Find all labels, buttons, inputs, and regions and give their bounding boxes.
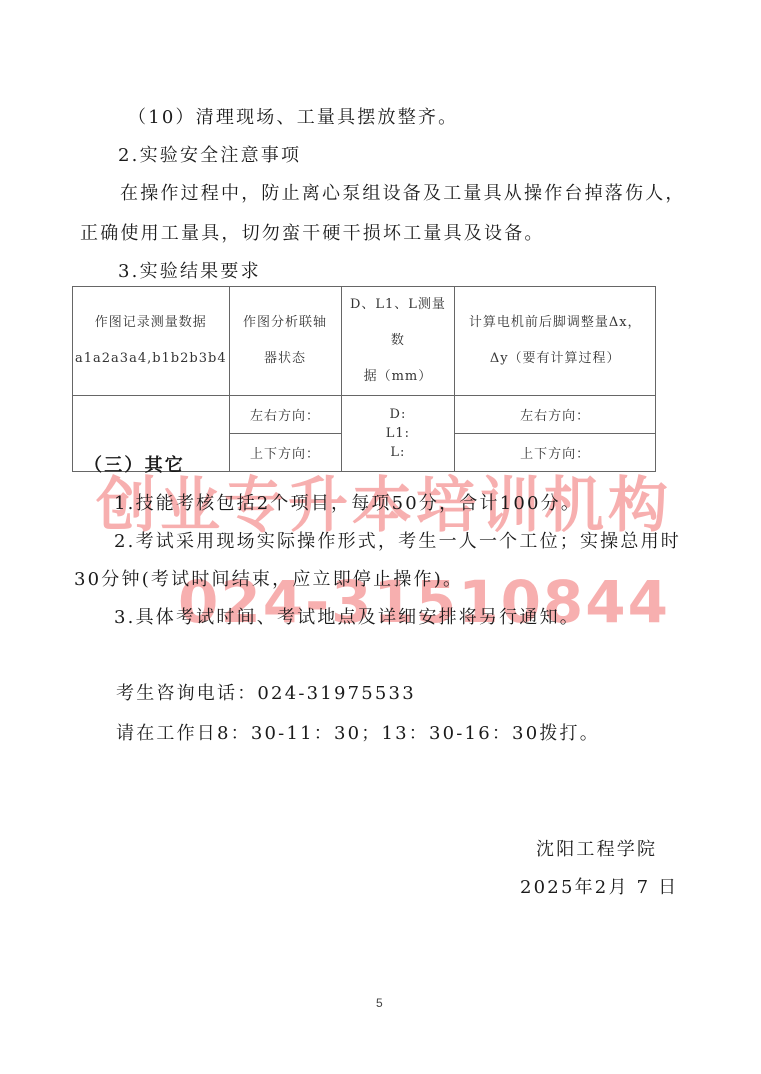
- contact-hours: 请在工作日8：30-11：30；13：30-16：30拨打。: [116, 722, 600, 746]
- cell-measure-values: D:L1:L:: [341, 396, 455, 472]
- cell-horizontal-status: 左右方向：: [229, 396, 341, 434]
- section-other-title: （三）其它: [84, 454, 185, 478]
- section-2-para-line2: 正确使用工量具，切勿蛮干硬干损坏工量具及设备。: [80, 222, 545, 246]
- section-2-para-line1: 在操作过程中，防止离心泵组设备及工量具从操作台掉落伤人，: [120, 182, 686, 206]
- results-table: 作图记录测量数据a1a2a3a4,b1b2b3b4 作图分析联轴器状态 D、L1…: [72, 286, 656, 472]
- document-date: 2025年2月 7 日: [520, 876, 678, 900]
- page-number: 5: [376, 996, 383, 1010]
- header-cell-data: 作图记录测量数据a1a2a3a4,b1b2b3b4: [73, 287, 230, 396]
- other-item-2-line2: 30分钟(考试时间结束，应立即停止操作)。: [74, 568, 463, 592]
- cell-horizontal-adjust: 左右方向：: [455, 396, 656, 434]
- other-item-2-line1: 2.考试采用现场实际操作形式，考生一人一个工位；实操总用时: [114, 530, 681, 554]
- organization-name: 沈阳工程学院: [536, 838, 657, 862]
- header-cell-adjust: 计算电机前后脚调整量Δx，Δy（要有计算过程）: [455, 287, 656, 396]
- other-item-3: 3.具体考试时间、考试地点及详细安排将另行通知。: [114, 606, 580, 630]
- header-cell-status: 作图分析联轴器状态: [229, 287, 341, 396]
- item-10: （10）清理现场、工量具摆放整齐。: [128, 106, 458, 130]
- contact-phone: 考生咨询电话：024-31975533: [116, 682, 416, 706]
- cell-vertical-adjust: 上下方向：: [455, 434, 656, 472]
- other-item-1: 1.技能考核包括2个项目，每项50分，合计100分。: [114, 492, 581, 516]
- section-3-title: 3.实验结果要求: [118, 260, 261, 284]
- section-2-title: 2.实验安全注意事项: [118, 144, 301, 168]
- cell-vertical-status: 上下方向：: [229, 434, 341, 472]
- header-cell-measure: D、L1、L测量数据（mm）: [341, 287, 455, 396]
